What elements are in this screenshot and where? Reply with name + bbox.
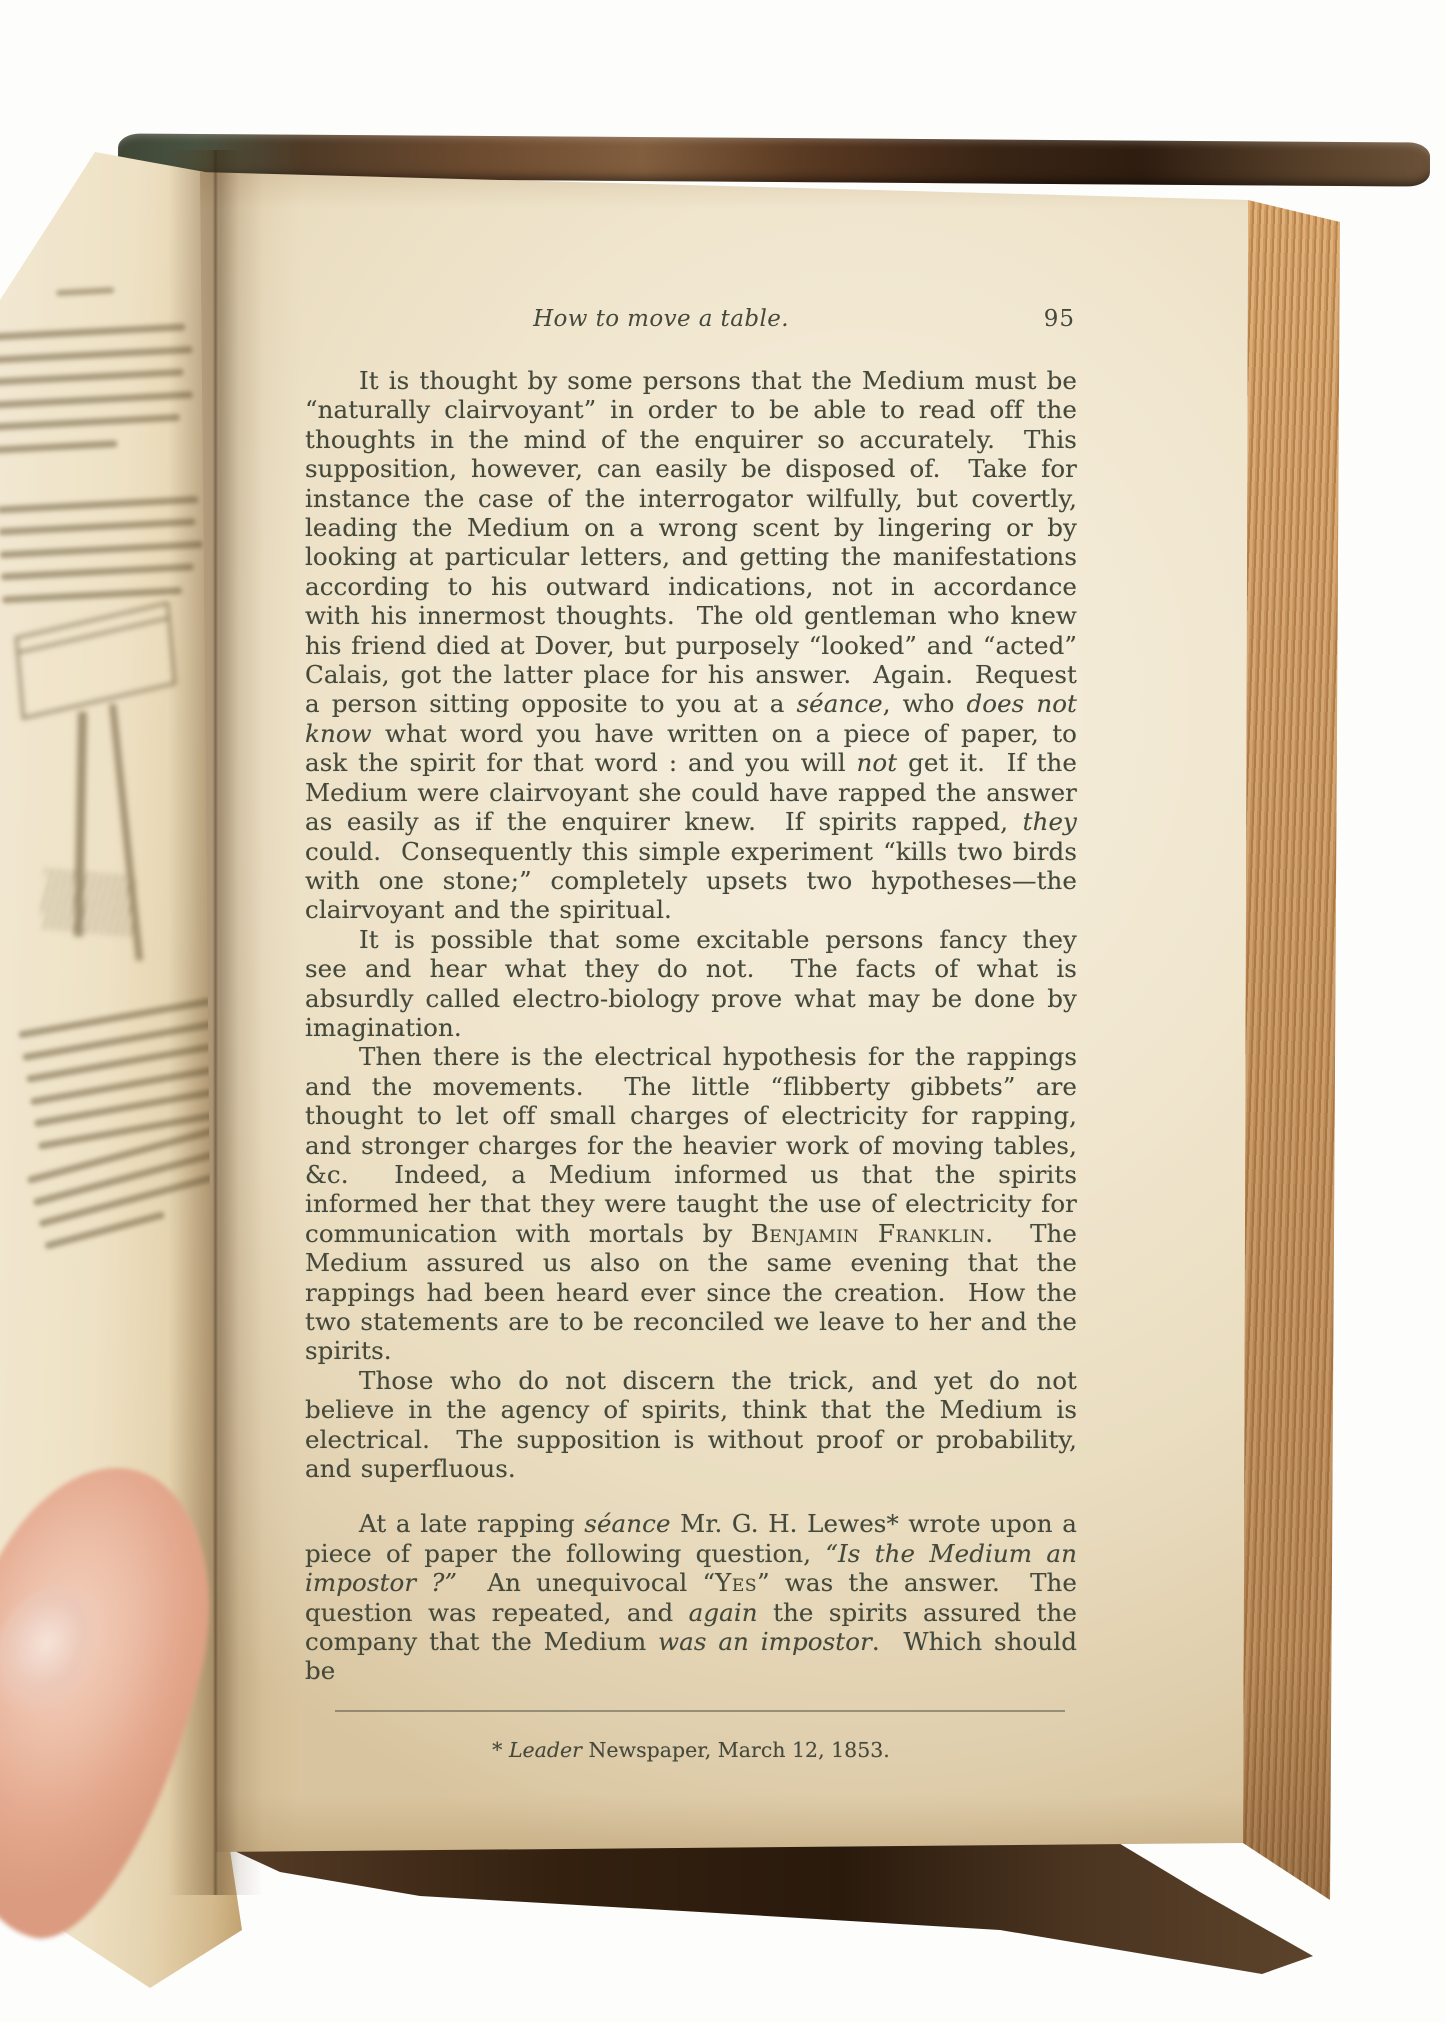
text-run: * bbox=[492, 1738, 509, 1762]
blurred-running-header bbox=[56, 287, 114, 296]
italic-text: was an impostor bbox=[658, 1627, 872, 1656]
blurred-text-line bbox=[0, 496, 198, 514]
running-header: How to move a table. bbox=[305, 306, 1017, 332]
blurred-text-line bbox=[0, 518, 195, 535]
text-run: Then there is the electrical hypothesis … bbox=[305, 1042, 1077, 1247]
text-run: , who bbox=[883, 689, 967, 718]
left-page-blurred-content bbox=[0, 283, 237, 1245]
blurred-text-line bbox=[0, 391, 193, 409]
blurred-text-line bbox=[0, 540, 203, 558]
footnote-rule bbox=[335, 1710, 1065, 1712]
page-content: How to move a table. 95 It is thought by… bbox=[305, 306, 1077, 1762]
paragraph: It is possible that some excitable perso… bbox=[305, 925, 1077, 1043]
engraving-hatch-lines bbox=[40, 867, 137, 937]
text-run: could. Consequently this simple experime… bbox=[305, 837, 1077, 925]
blurred-text-line bbox=[0, 440, 117, 453]
thumbnail bbox=[0, 1568, 115, 1746]
text-run: Newspaper, March 12, 1853. bbox=[582, 1738, 890, 1762]
italic-text: séance bbox=[584, 1509, 670, 1538]
table-top-drawing bbox=[15, 601, 177, 720]
table-illustration bbox=[13, 613, 207, 992]
paragraph: Then there is the electrical hypothesis … bbox=[305, 1042, 1077, 1365]
text-run: An unequivocal “ bbox=[457, 1568, 715, 1597]
paragraph: At a late rapping séance Mr. G. H. Lewes… bbox=[305, 1509, 1077, 1685]
text-run: At a late rapping bbox=[359, 1509, 584, 1538]
text-run: Those who do not discern the trick, and … bbox=[305, 1366, 1077, 1483]
blurred-text-line bbox=[0, 346, 192, 364]
italic-text: Leader bbox=[509, 1738, 582, 1762]
italic-text: not bbox=[857, 748, 898, 777]
blurred-text-line bbox=[1, 563, 194, 580]
book-page-95: How to move a table. 95 It is thought by… bbox=[185, 158, 1350, 1863]
book-cover-bottom-edge bbox=[220, 1832, 1350, 1982]
blurred-text-line bbox=[22, 1018, 223, 1060]
text-run: It is possible that some excitable perso… bbox=[305, 925, 1077, 1042]
italic-text: they bbox=[1023, 807, 1077, 836]
blurred-text-line bbox=[0, 414, 180, 431]
blurred-text-line bbox=[2, 586, 183, 602]
italic-text: again bbox=[689, 1598, 758, 1627]
paragraph-gap bbox=[0, 458, 197, 491]
paragraph: Those who do not discern the trick, and … bbox=[305, 1366, 1077, 1484]
running-header-row: How to move a table. 95 bbox=[305, 306, 1077, 340]
page-number: 95 bbox=[1044, 306, 1075, 332]
blurred-text-line bbox=[0, 369, 183, 386]
paragraph: It is thought by some persons that the M… bbox=[305, 366, 1077, 925]
footnote: * Leader Newspaper, March 12, 1853. bbox=[305, 1738, 1077, 1762]
blurred-text-line bbox=[0, 323, 185, 340]
blurred-text-block bbox=[14, 996, 237, 1149]
small-caps-text: Benjamin Franklin bbox=[751, 1219, 985, 1248]
italic-text: séance bbox=[797, 689, 883, 718]
small-caps-text: Yes bbox=[715, 1568, 757, 1597]
text-run: It is thought by some persons that the M… bbox=[305, 366, 1077, 718]
body-text: It is thought by some persons that the M… bbox=[305, 366, 1077, 1686]
book-photo-scene: How to move a table. 95 It is thought by… bbox=[0, 0, 1445, 2023]
